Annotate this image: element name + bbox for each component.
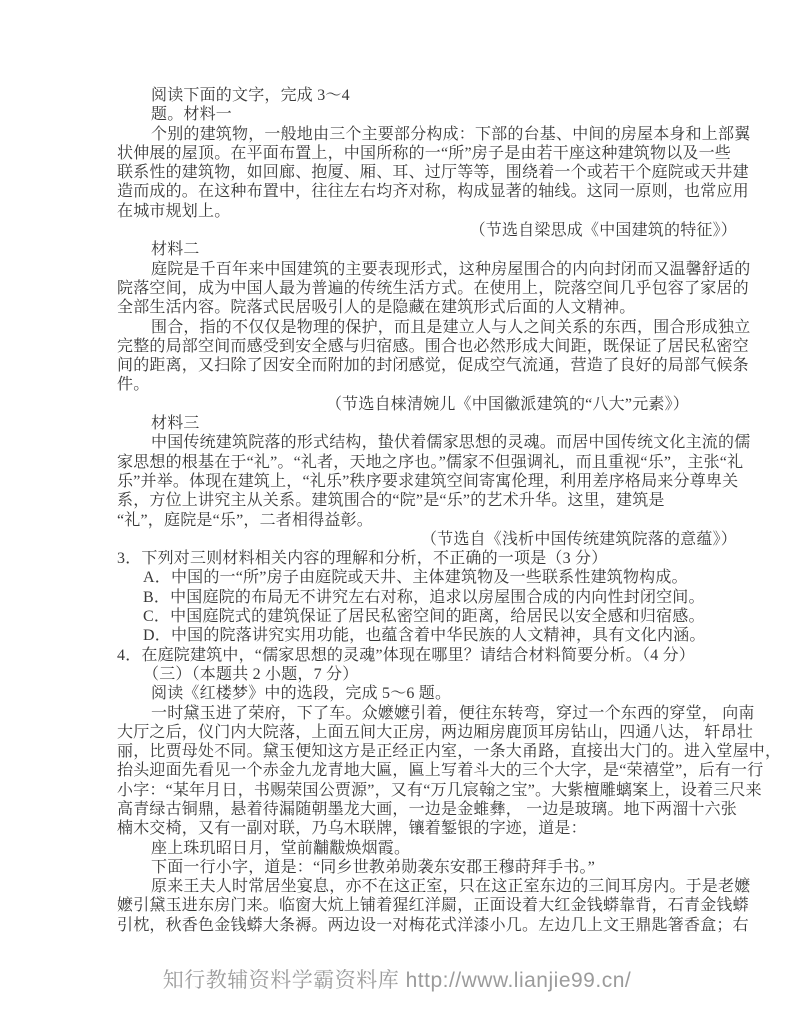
text-line: 家思想的根基在于“礼”。“礼者，天地之序也。”儒家不但强调礼，而且重视“乐”，主… [117, 453, 747, 472]
text-line: 乐”并举。体现在建筑上，“礼乐”秩序要求建筑空间寄寓伦理，利用差序格局来分尊卑关 [117, 472, 747, 491]
text-line: 造而成的。在这种布置中，往往左右均齐对称，构成显著的轴线。这同一原则，也常应用 [117, 182, 747, 201]
text-line: 抬头迎面先看见一个赤金九龙青地大匾，匾上写着斗大的三个大字，是“荣禧堂”，后有一… [117, 761, 747, 780]
text-line: 丽，比贾母处不同。黛玉便知这方是正经正内室，一条大甬路，直接出大门的。进入堂屋中… [117, 742, 747, 761]
text-line: 原来王夫人时常居坐宴息，亦不在这正室，只在这正室东边的三间耳房内。于是老嬷 [117, 877, 747, 896]
text-line: “礼”，庭院是“乐”，二者相得益彰。 [117, 511, 747, 530]
text-line: 阅读《红楼梦》中的选段，完成 5～6 题。 [117, 684, 747, 703]
text-line: A．中国的一“所”房子由庭院或天井、主体建筑物及一些联系性建筑物构成。 [117, 568, 747, 587]
text-line: 楠木交椅，又有一副对联，乃乌木联牌，镶着錾银的字迹，道是： [117, 819, 747, 838]
text-line: D．中国的院落讲究实用功能，也蕴含着中华民族的人文精神，具有文化内涵。 [117, 626, 747, 645]
text-line: 系，方位上讲究主从关系。建筑围合的“院”是“乐”的艺术升华。这里，建筑是 [117, 491, 747, 510]
text-line: （节选自梁思成《中国建筑的特征》） [117, 221, 747, 240]
text-line: （节选自《浅析中国传统建筑院落的意蕴》） [117, 530, 747, 549]
text-line: 联系性的建筑物，如回廊、抱厦、厢、耳、过厅等等，围绕着一个或若干个庭院或天井建 [117, 163, 747, 182]
text-line: 一时黛玉进了荣府，下了车。众嬷嬷引着，便往东转弯，穿过一个东西的穿堂， 向南 [117, 704, 747, 723]
text-line: 完整的局部空间而感受到安全感与归宿感。围合也必然形成大间距，既保证了居民私密空 [117, 337, 747, 356]
text-line: 围合，指的不仅仅是物理的保护，而且是建立人与人之间关系的东西，围合形成独立 [117, 318, 747, 337]
text-line: 中国传统建筑院落的形式结构，蛰伏着儒家思想的灵魂。而居中国传统文化主流的儒 [117, 433, 747, 452]
text-line: 材料二 [117, 240, 747, 259]
text-line: 间的距离，又扫除了因安全而附加的封闭感觉，促成空气流通，营造了良好的局部气候条 [117, 356, 747, 375]
text-line: 4．在庭院建筑中，“儒家思想的灵魂”体现在哪里？请结合材料简要分析。（4 分） [117, 646, 747, 665]
text-line: 高青绿古铜鼎，悬着待漏随朝墨龙大画，一边是金蜼彝， 一边是玻璃𥁆。地下两溜十六张 [117, 800, 747, 819]
text-line: 小字：“某年月日，书赐荣国公贾源”，又有“万几宸翰之宝”。大紫檀雕螭案上，设着三… [117, 781, 747, 800]
text-line: 件。 [117, 375, 747, 394]
text-line: C．中国庭院式的建筑保证了居民私密空间的距离，给居民以安全感和归宿感。 [117, 607, 747, 626]
text-line: 嬷引黛玉进东房门来。临窗大炕上铺着猩红洋罽，正面设着大红金钱蟒靠背，石青金钱蟒 [117, 896, 747, 915]
text-line: 3．下列对三则材料相关内容的理解和分析，不正确的一项是（3 分） [117, 549, 747, 568]
text-line: 在城市规划上。 [117, 202, 747, 221]
text-line: 下面一行小字，道是：“同乡世教弟勋袭东安郡王穆莳拜手书。” [117, 858, 747, 877]
footer-watermark-text: 知行教辅资料学霸资料库 http://www.lianjie99.cn/ [163, 969, 631, 992]
footer: 知行教辅资料学霸资料库 http://www.lianjie99.cn/ [0, 964, 794, 994]
text-line: 引枕，秋香色金钱蟒大条褥。两边设一对梅花式洋漆小几。左边几上文王鼎匙箸香盒；右 [117, 916, 747, 935]
text-line: （节选自梾清婉儿《中国徽派建筑的“八大”元素》） [117, 395, 747, 414]
text-line: 个别的建筑物，一般地由三个主要部分构成：下部的台基、中间的房屋本身和上部翼 [117, 125, 747, 144]
text-line: 大厅之后，仪门内大院落，上面五间大正房，两边厢房鹿顶耳房钻山，四通八达， 轩昂壮 [117, 723, 747, 742]
text-line: 阅读下面的文字，完成 3～4 [117, 86, 747, 105]
text-line: 座上珠玑昭日月，堂前黼黻焕烟霞。 [117, 839, 747, 858]
text-line: 状伸展的屋顶。在平面布置上，中国所称的一“所”房子是由若干座这种建筑物以及一些 [117, 144, 747, 163]
text-line: 材料三 [117, 414, 747, 433]
text-line: 院落空间，成为中国人最为普遍的传统生活方式。在使用上，院落空间几乎包容了家居的 [117, 279, 747, 298]
text-line: 全部生活内容。院落式民居吸引人的是隐藏在建筑形式后面的人文精神。 [117, 298, 747, 317]
text-line: B．中国庭院的布局无不讲究左右对称，追求以房屋围合成的内向性封闭空间。 [117, 588, 747, 607]
text-line: （三）（本题共 2 小题，7 分） [117, 665, 747, 684]
text-line: 题。材料一 [117, 105, 747, 124]
document-body: 阅读下面的文字，完成 3～4题。材料一个别的建筑物，一般地由三个主要部分构成：下… [117, 86, 747, 935]
text-line: 庭院是千百年来中国建筑的主要表现形式，这种房屋围合的内向封闭而又温馨舒适的 [117, 260, 747, 279]
